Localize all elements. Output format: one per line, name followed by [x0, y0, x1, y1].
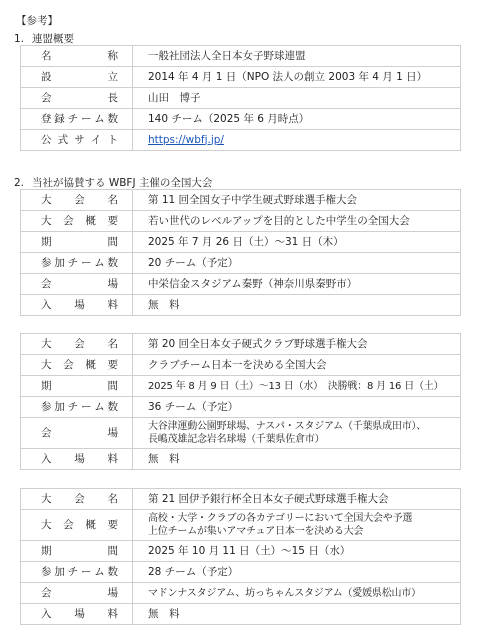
table-row: 会場 中栄信金スタジアム秦野（神奈川県秦野市）: [21, 274, 461, 295]
overview-line-1: 高校・大学・クラブの各カテゴリーにおいて全国大会や予選: [148, 512, 456, 525]
table-row: 公式サイト https://wbfj.jp/: [21, 130, 461, 151]
table-row: 設立 2014 年 4 月 1 日（NPO 法人の創立 2003 年 4 月 1…: [21, 67, 461, 88]
row-label: 登録チーム数: [21, 109, 133, 130]
row-value: 大谷津運動公園野球場、ナスパ・スタジアム（千葉県成田市）、 長嶋茂雄記念岩名球場…: [133, 418, 461, 449]
row-value: 2025 年 8 月 9 日（土）～13 日（水） 決勝戦：8 月 16 日（土…: [133, 376, 461, 397]
row-label: 大会名: [21, 334, 133, 355]
overview-line-2: 上位チームが集いアマチュア日本一を決める大会: [148, 525, 456, 538]
row-label: 参加チーム数: [21, 397, 133, 418]
table-row: 入場料 無 料: [21, 449, 461, 470]
row-label: 設立: [21, 67, 133, 88]
table-row: 会場 大谷津運動公園野球場、ナスパ・スタジアム（千葉県成田市）、 長嶋茂雄記念岩…: [21, 418, 461, 449]
row-value: 36 チーム（予定）: [133, 397, 461, 418]
row-label: 会場: [21, 583, 133, 604]
row-label: 大会概要: [21, 510, 133, 541]
row-label: 入場料: [21, 604, 133, 625]
row-label: 大会概要: [21, 211, 133, 232]
row-value: 第 21 回伊予銀行杯全日本女子硬式野球選手権大会: [133, 489, 461, 510]
tournament-table-2: 大会名 第 20 回全日本女子硬式クラブ野球選手権大会 大会概要 クラブチーム日…: [20, 333, 461, 470]
table-row: 名称 一般社団法人全日本女子野球連盟: [21, 46, 461, 67]
row-value: 無 料: [133, 449, 461, 470]
section2-title: 当社が協賛する WBFJ 主催の全国大会: [32, 177, 212, 189]
row-label: 期間: [21, 232, 133, 253]
row-value: 20 チーム（予定）: [133, 253, 461, 274]
row-value: 山田 博子: [133, 88, 461, 109]
row-label: 名称: [21, 46, 133, 67]
row-value: 中栄信金スタジアム秦野（神奈川県秦野市）: [133, 274, 461, 295]
table-row: 登録チーム数 140 チーム（2025 年 6 月時点）: [21, 109, 461, 130]
table-row: 入場料 無 料: [21, 295, 461, 316]
row-value: https://wbfj.jp/: [133, 130, 461, 151]
row-value: 2025 年 10 月 11 日（土）～15 日（水）: [133, 541, 461, 562]
table-row: 参加チーム数 36 チーム（予定）: [21, 397, 461, 418]
federation-overview-table: 名称 一般社団法人全日本女子野球連盟 設立 2014 年 4 月 1 日（NPO…: [20, 45, 461, 151]
tournament-table-3: 大会名 第 21 回伊予銀行杯全日本女子硬式野球選手権大会 大会概要 高校・大学…: [20, 488, 461, 625]
row-value: 140 チーム（2025 年 6 月時点）: [133, 109, 461, 130]
row-value: 無 料: [133, 604, 461, 625]
section1-number: 1.: [14, 33, 32, 45]
row-label: 大会名: [21, 190, 133, 211]
table-row: 大会名 第 20 回全日本女子硬式クラブ野球選手権大会: [21, 334, 461, 355]
table-row: 会長 山田 博子: [21, 88, 461, 109]
row-value: 若い世代のレベルアップを目的とした中学生の全国大会: [133, 211, 461, 232]
table-row: 入場料 無 料: [21, 604, 461, 625]
reference-heading: 【参考】: [16, 13, 58, 28]
table-row: 参加チーム数 28 チーム（予定）: [21, 562, 461, 583]
official-site-link[interactable]: https://wbfj.jp/: [148, 134, 224, 146]
table-row: 大会名 第 21 回伊予銀行杯全日本女子硬式野球選手権大会: [21, 489, 461, 510]
row-value: 2025 年 7 月 26 日（土）～31 日（木）: [133, 232, 461, 253]
row-label: 大会概要: [21, 355, 133, 376]
tournament-table-1: 大会名 第 11 回全国女子中学生硬式野球選手権大会 大会概要 若い世代のレベル…: [20, 189, 461, 316]
row-value: 第 11 回全国女子中学生硬式野球選手権大会: [133, 190, 461, 211]
table-row: 大会概要 若い世代のレベルアップを目的とした中学生の全国大会: [21, 211, 461, 232]
table-row: 参加チーム数 20 チーム（予定）: [21, 253, 461, 274]
table-row: 大会概要 高校・大学・クラブの各カテゴリーにおいて全国大会や予選 上位チームが集…: [21, 510, 461, 541]
section2-heading: 2.当社が協賛する WBFJ 主催の全国大会: [14, 175, 212, 190]
row-value: 第 20 回全日本女子硬式クラブ野球選手権大会: [133, 334, 461, 355]
table-row: 期間 2025 年 10 月 11 日（土）～15 日（水）: [21, 541, 461, 562]
row-label: 入場料: [21, 449, 133, 470]
row-label: 期間: [21, 541, 133, 562]
table-row: 会場 マドンナスタジアム、坊っちゃんスタジアム（愛媛県松山市）: [21, 583, 461, 604]
venue-line-1: 大谷津運動公園野球場、ナスパ・スタジアム（千葉県成田市）、: [148, 420, 456, 433]
table-row: 大会概要 クラブチーム日本一を決める全国大会: [21, 355, 461, 376]
row-label: 会場: [21, 274, 133, 295]
venue-line-2: 長嶋茂雄記念岩名球場（千葉県佐倉市）: [148, 433, 456, 446]
row-value: 高校・大学・クラブの各カテゴリーにおいて全国大会や予選 上位チームが集いアマチュ…: [133, 510, 461, 541]
row-value: 無 料: [133, 295, 461, 316]
row-label: 公式サイト: [21, 130, 133, 151]
table-row: 期間 2025 年 8 月 9 日（土）～13 日（水） 決勝戦：8 月 16 …: [21, 376, 461, 397]
section1-title: 連盟概要: [32, 33, 74, 45]
row-value: 28 チーム（予定）: [133, 562, 461, 583]
row-label: 会場: [21, 418, 133, 449]
row-label: 参加チーム数: [21, 253, 133, 274]
row-label: 参加チーム数: [21, 562, 133, 583]
row-label: 大会名: [21, 489, 133, 510]
section1-heading: 1.連盟概要: [14, 31, 74, 46]
row-label: 入場料: [21, 295, 133, 316]
table-row: 大会名 第 11 回全国女子中学生硬式野球選手権大会: [21, 190, 461, 211]
row-label: 期間: [21, 376, 133, 397]
section2-number: 2.: [14, 177, 32, 189]
row-label: 会長: [21, 88, 133, 109]
row-value: マドンナスタジアム、坊っちゃんスタジアム（愛媛県松山市）: [133, 583, 461, 604]
row-value: クラブチーム日本一を決める全国大会: [133, 355, 461, 376]
row-value: 2014 年 4 月 1 日（NPO 法人の創立 2003 年 4 月 1 日）: [133, 67, 461, 88]
row-value: 一般社団法人全日本女子野球連盟: [133, 46, 461, 67]
table-row: 期間 2025 年 7 月 26 日（土）～31 日（木）: [21, 232, 461, 253]
